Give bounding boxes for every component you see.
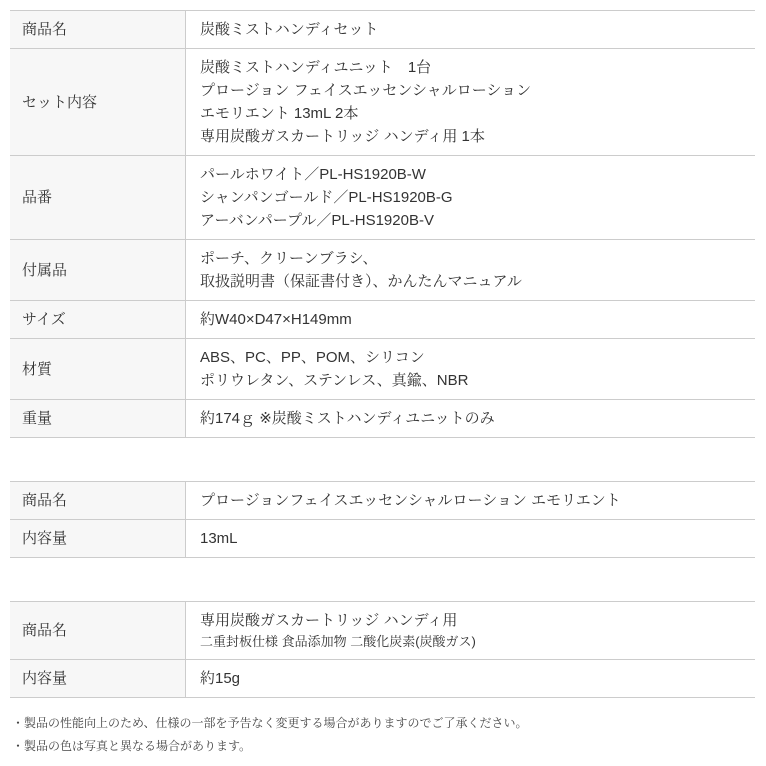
row-label: 商品名: [10, 482, 186, 519]
value-line: パールホワイト／PL-HS1920B-W: [200, 163, 745, 186]
value-line: 専用炭酸ガスカートリッジ ハンディ用: [200, 609, 745, 632]
product-spec-page: 商品名 炭酸ミストハンディセット セット内容 炭酸ミストハンディユニット 1台 …: [0, 0, 766, 766]
value-line: シャンパンゴールド／PL-HS1920B-G: [200, 186, 745, 209]
row-value: 炭酸ミストハンディユニット 1台 プロージョン フェイスエッセンシャルローション…: [186, 49, 755, 155]
row-label: 付属品: [10, 240, 186, 300]
table-row: 内容量 13mL: [10, 520, 755, 558]
table-row: 品番 パールホワイト／PL-HS1920B-W シャンパンゴールド／PL-HS1…: [10, 156, 755, 240]
row-value: 13mL: [186, 520, 755, 557]
row-value: ABS、PC、PP、POM、シリコン ポリウレタン、ステンレス、真鍮、NBR: [186, 339, 755, 399]
row-value: 約174ｇ ※炭酸ミストハンディユニットのみ: [186, 400, 755, 437]
value-line: 約174ｇ ※炭酸ミストハンディユニットのみ: [200, 407, 745, 430]
table-row: 商品名 専用炭酸ガスカートリッジ ハンディ用 二重封板仕様 食品添加物 二酸化炭…: [10, 602, 755, 660]
row-label: 品番: [10, 156, 186, 239]
value-line: プロージョン フェイスエッセンシャルローション: [200, 79, 745, 102]
row-label: 内容量: [10, 520, 186, 557]
spec-table-cartridge: 商品名 専用炭酸ガスカートリッジ ハンディ用 二重封板仕様 食品添加物 二酸化炭…: [10, 601, 755, 698]
table-row: 商品名 プロージョンフェイスエッセンシャルローション エモリエント: [10, 482, 755, 520]
table-row: 材質 ABS、PC、PP、POM、シリコン ポリウレタン、ステンレス、真鍮、NB…: [10, 339, 755, 400]
table-row: 重量 約174ｇ ※炭酸ミストハンディユニットのみ: [10, 400, 755, 438]
table-row: サイズ 約W40×D47×H149mm: [10, 301, 755, 339]
row-label: 材質: [10, 339, 186, 399]
value-line: プロージョンフェイスエッセンシャルローション エモリエント: [200, 489, 745, 512]
row-label: 商品名: [10, 602, 186, 659]
spec-table-set: 商品名 炭酸ミストハンディセット セット内容 炭酸ミストハンディユニット 1台 …: [10, 10, 755, 438]
value-subline: 二重封板仕様 食品添加物 二酸化炭素(炭酸ガス): [200, 632, 745, 652]
row-label: 重量: [10, 400, 186, 437]
row-value: 炭酸ミストハンディセット: [186, 11, 755, 48]
row-value: プロージョンフェイスエッセンシャルローション エモリエント: [186, 482, 755, 519]
table-row: 商品名 炭酸ミストハンディセット: [10, 11, 755, 49]
value-line: 炭酸ミストハンディセット: [200, 18, 745, 41]
value-line: 約15g: [200, 667, 745, 690]
row-label: サイズ: [10, 301, 186, 338]
value-line: エモリエント 13mL 2本: [200, 102, 745, 125]
value-line: アーバンパープル／PL-HS1920B-V: [200, 209, 745, 232]
value-line: 約W40×D47×H149mm: [200, 308, 745, 331]
note-line: ・製品の性能向上のため、仕様の一部を予告なく変更する場合がありますのでご了承くだ…: [12, 712, 755, 735]
table-row: 付属品 ポーチ、クリーンブラシ、 取扱説明書（保証書付き）、かんたんマニュアル: [10, 240, 755, 301]
row-value: 約15g: [186, 660, 755, 697]
table-row: 内容量 約15g: [10, 660, 755, 698]
row-label: 商品名: [10, 11, 186, 48]
value-line: ポーチ、クリーンブラシ、: [200, 247, 745, 270]
row-value: ポーチ、クリーンブラシ、 取扱説明書（保証書付き）、かんたんマニュアル: [186, 240, 755, 300]
row-value: 専用炭酸ガスカートリッジ ハンディ用 二重封板仕様 食品添加物 二酸化炭素(炭酸…: [186, 602, 755, 659]
table-row: セット内容 炭酸ミストハンディユニット 1台 プロージョン フェイスエッセンシャ…: [10, 49, 755, 156]
row-label: セット内容: [10, 49, 186, 155]
value-line: 専用炭酸ガスカートリッジ ハンディ用 1本: [200, 125, 745, 148]
value-line: ポリウレタン、ステンレス、真鍮、NBR: [200, 369, 745, 392]
row-value: パールホワイト／PL-HS1920B-W シャンパンゴールド／PL-HS1920…: [186, 156, 755, 239]
row-label: 内容量: [10, 660, 186, 697]
note-line: ・製品の色は写真と異なる場合があります。: [12, 735, 755, 758]
spec-table-lotion: 商品名 プロージョンフェイスエッセンシャルローション エモリエント 内容量 13…: [10, 481, 755, 558]
value-line: 取扱説明書（保証書付き）、かんたんマニュアル: [200, 270, 745, 293]
value-line: 13mL: [200, 527, 745, 550]
footnotes: ・製品の性能向上のため、仕様の一部を予告なく変更する場合がありますのでご了承くだ…: [10, 710, 755, 758]
value-line: 炭酸ミストハンディユニット 1台: [200, 56, 745, 79]
value-line: ABS、PC、PP、POM、シリコン: [200, 346, 745, 369]
row-value: 約W40×D47×H149mm: [186, 301, 755, 338]
